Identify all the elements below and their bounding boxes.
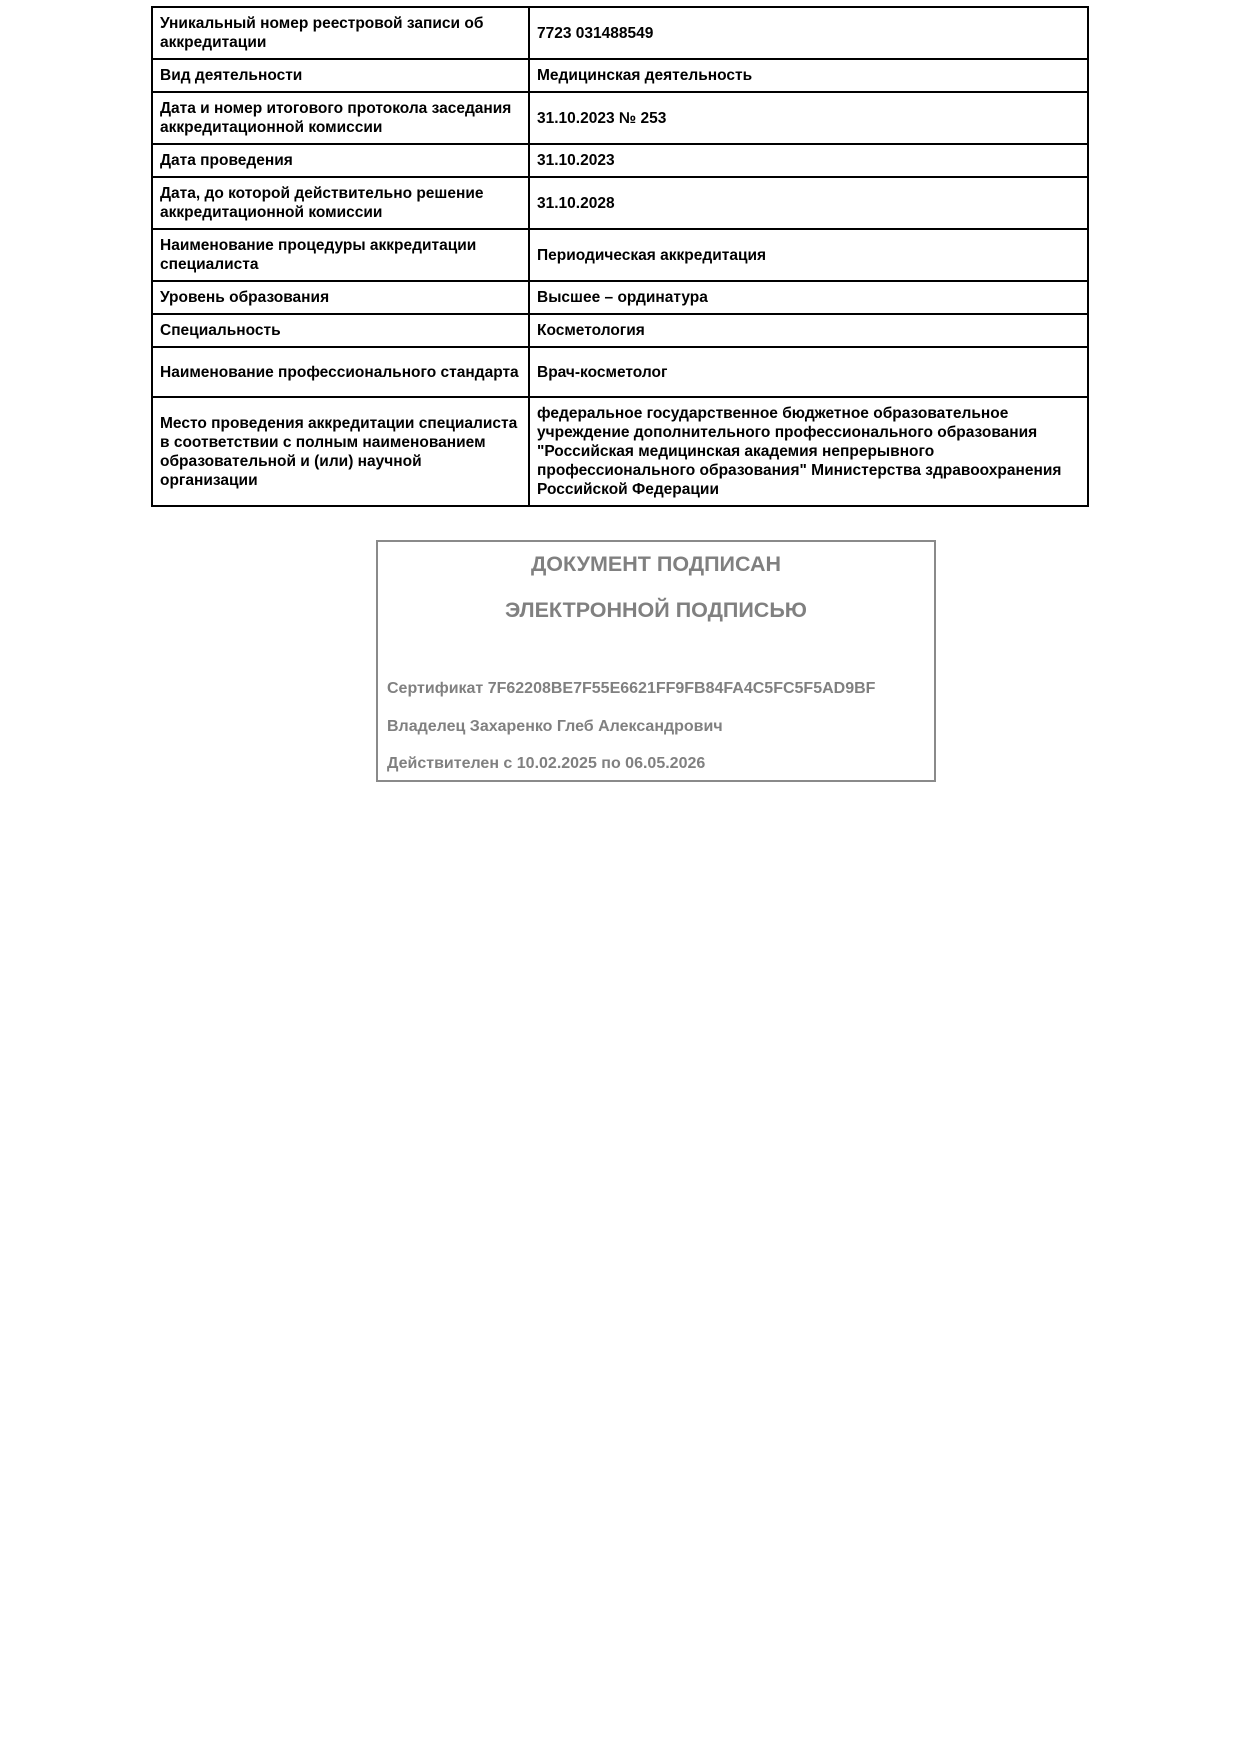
electronic-signature-stamp: ДОКУМЕНТ ПОДПИСАН ЭЛЕКТРОННОЙ ПОДПИСЬЮ С… [376, 540, 936, 782]
row-label: Дата проведения [152, 144, 529, 177]
signature-certificate: Сертификат 7F62208BE7F55E6621FF9FB84FA4C… [387, 680, 875, 698]
signature-title-line1: ДОКУМЕНТ ПОДПИСАН [378, 552, 934, 577]
row-label: Уровень образования [152, 281, 529, 314]
table-row: Наименование процедуры аккредитации спец… [152, 229, 1088, 281]
row-label: Дата и номер итогового протокола заседан… [152, 92, 529, 144]
row-value: 31.10.2028 [529, 177, 1088, 229]
table-row: Место проведения аккредитации специалист… [152, 397, 1088, 506]
signature-title-line2: ЭЛЕКТРОННОЙ ПОДПИСЬЮ [378, 598, 934, 623]
row-label: Вид деятельности [152, 59, 529, 92]
table-row: Вид деятельности Медицинская деятельност… [152, 59, 1088, 92]
row-value: Медицинская деятельность [529, 59, 1088, 92]
row-label: Дата, до которой действительно решение а… [152, 177, 529, 229]
row-value: Высшее – ординатура [529, 281, 1088, 314]
row-label: Место проведения аккредитации специалист… [152, 397, 529, 506]
table-row: Дата и номер итогового протокола заседан… [152, 92, 1088, 144]
table-row: Дата проведения 31.10.2023 [152, 144, 1088, 177]
row-value: 7723 031488549 [529, 7, 1088, 59]
row-label: Наименование профессионального стандарта [152, 347, 529, 397]
table-row: Дата, до которой действительно решение а… [152, 177, 1088, 229]
table-row: Специальность Косметология [152, 314, 1088, 347]
row-label: Уникальный номер реестровой записи об ак… [152, 7, 529, 59]
row-label: Наименование процедуры аккредитации спец… [152, 229, 529, 281]
row-value: Периодическая аккредитация [529, 229, 1088, 281]
signature-owner: Владелец Захаренко Глеб Александрович [387, 718, 723, 736]
row-value: Косметология [529, 314, 1088, 347]
accreditation-info-table: Уникальный номер реестровой записи об ак… [151, 6, 1089, 507]
row-value: Врач-косметолог [529, 347, 1088, 397]
row-value: 31.10.2023 [529, 144, 1088, 177]
table-row: Наименование профессионального стандарта… [152, 347, 1088, 397]
row-value: федеральное государственное бюджетное об… [529, 397, 1088, 506]
signature-validity: Действителен с 10.02.2025 по 06.05.2026 [387, 755, 705, 773]
table-row: Уникальный номер реестровой записи об ак… [152, 7, 1088, 59]
table-row: Уровень образования Высшее – ординатура [152, 281, 1088, 314]
row-label: Специальность [152, 314, 529, 347]
row-value: 31.10.2023 № 253 [529, 92, 1088, 144]
